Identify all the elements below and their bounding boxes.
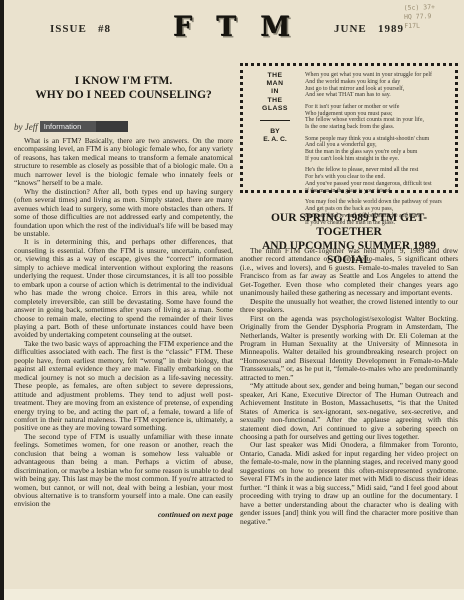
poem-author: BY E. A. C. <box>249 128 301 144</box>
right-article-title-line1: OUR SPRING 1989 FTM GET-TOGETHER <box>240 211 458 239</box>
right-column: The ninth FTM Get-Together was held Apri… <box>240 247 458 526</box>
left-column: I KNOW I'M FTM. WHY DO I NEED COUNSELING… <box>14 74 233 519</box>
left-article-title-line2: WHY DO I NEED COUNSELING? <box>14 88 233 102</box>
poem-stanza: He's the fellow to please, never mind al… <box>305 167 451 194</box>
right-article-paragraph: Our last speaker was Midi Onodera, a fil… <box>240 441 458 526</box>
right-article-paragraph: “My attitude about sex, gender and being… <box>240 382 458 441</box>
byline-row: by JeffInformation <box>14 117 233 130</box>
left-article-paragraph: It is in determining this, and perhaps o… <box>14 238 233 339</box>
left-article-title: I KNOW I'M FTM. WHY DO I NEED COUNSELING… <box>14 74 233 102</box>
right-article-paragraph: Despite the unusually hot weather, the c… <box>240 298 458 315</box>
redaction-box: Information <box>40 121 128 132</box>
left-article-paragraph: The second type of FTM is usually unfami… <box>14 433 233 509</box>
poem-stanza: For it isn't your father or mother or wi… <box>305 104 451 131</box>
left-article-body: What is an FTM? Basically, there are two… <box>14 137 233 509</box>
issue-date: JUNE 1989 <box>334 23 404 35</box>
poem-title-block: THE MAN IN THE GLASS BY E. A. C. <box>249 72 301 186</box>
byline: by Jeff <box>14 122 38 132</box>
left-article-paragraph: Take the two basic ways of approaching t… <box>14 340 233 433</box>
scan-edge-left <box>0 0 4 600</box>
poem-stanza: Some people may think you a straight-sho… <box>305 136 451 163</box>
poem-text: When you get what you want in your strug… <box>301 72 451 186</box>
poem-title-rule <box>260 120 290 121</box>
poem-box: THE MAN IN THE GLASS BY E. A. C. When yo… <box>240 63 458 193</box>
handwritten-call-number: (5c) 37+ HQ 77.9 F17L <box>404 2 463 31</box>
left-article-title-line1: I KNOW I'M FTM. <box>14 74 233 88</box>
poem-stanza: When you get what you want in your strug… <box>305 72 451 99</box>
continued-notice: continued on next page <box>14 510 233 519</box>
left-article-paragraph: What is an FTM? Basically, there are two… <box>14 137 233 188</box>
right-article-paragraph: First on the agenda was psychologist/sex… <box>240 315 458 383</box>
scan-bottom-band <box>4 589 464 600</box>
right-article-paragraph: The ninth FTM Get-Together was held Apri… <box>240 247 458 298</box>
right-article-body: The ninth FTM Get-Together was held Apri… <box>240 247 458 526</box>
left-article-paragraph: Why the distinction? After all, both typ… <box>14 188 233 239</box>
poem-title: THE MAN IN THE GLASS <box>249 72 301 113</box>
